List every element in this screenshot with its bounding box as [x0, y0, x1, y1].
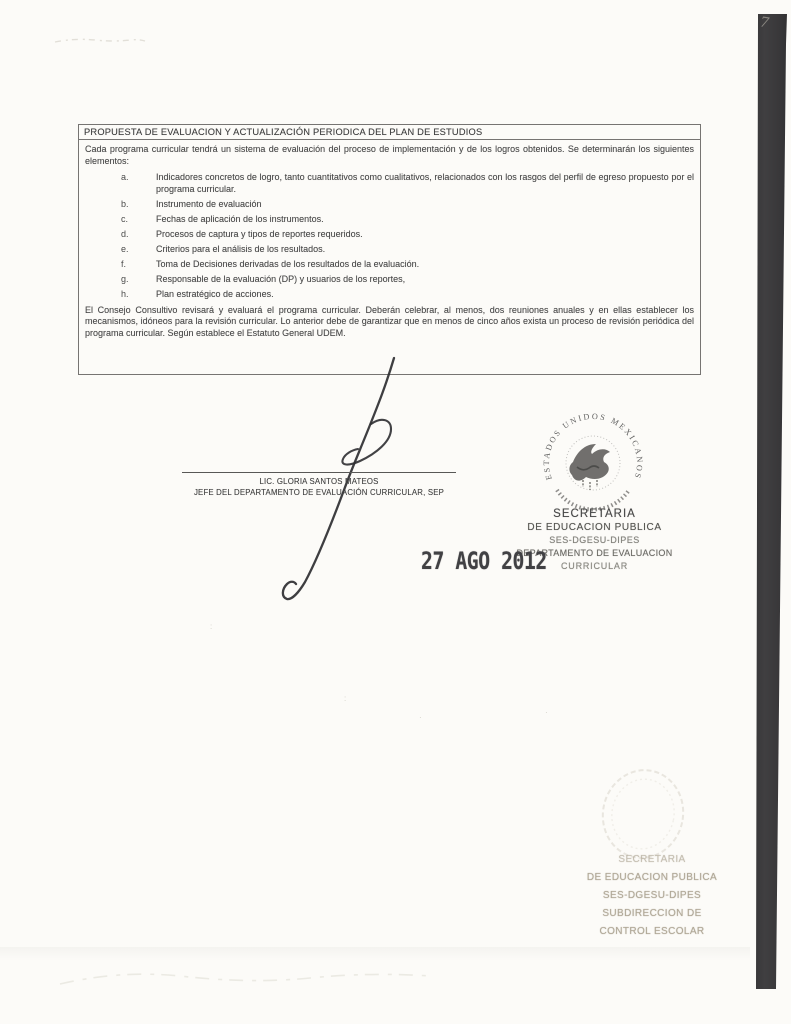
scan-speck: : — [210, 622, 212, 631]
scan-speck: · — [419, 713, 422, 722]
scanned-page: PROPUESTA DE EVALUACION Y ACTUALIZACIÓN … — [0, 0, 791, 1024]
scan-speck: : — [344, 694, 346, 703]
scan-speck: · — [545, 708, 548, 717]
scan-haze — [0, 947, 750, 961]
date-received-stamp: 27 AGO 2012 — [421, 547, 547, 575]
scan-noise — [0, 0, 791, 1024]
